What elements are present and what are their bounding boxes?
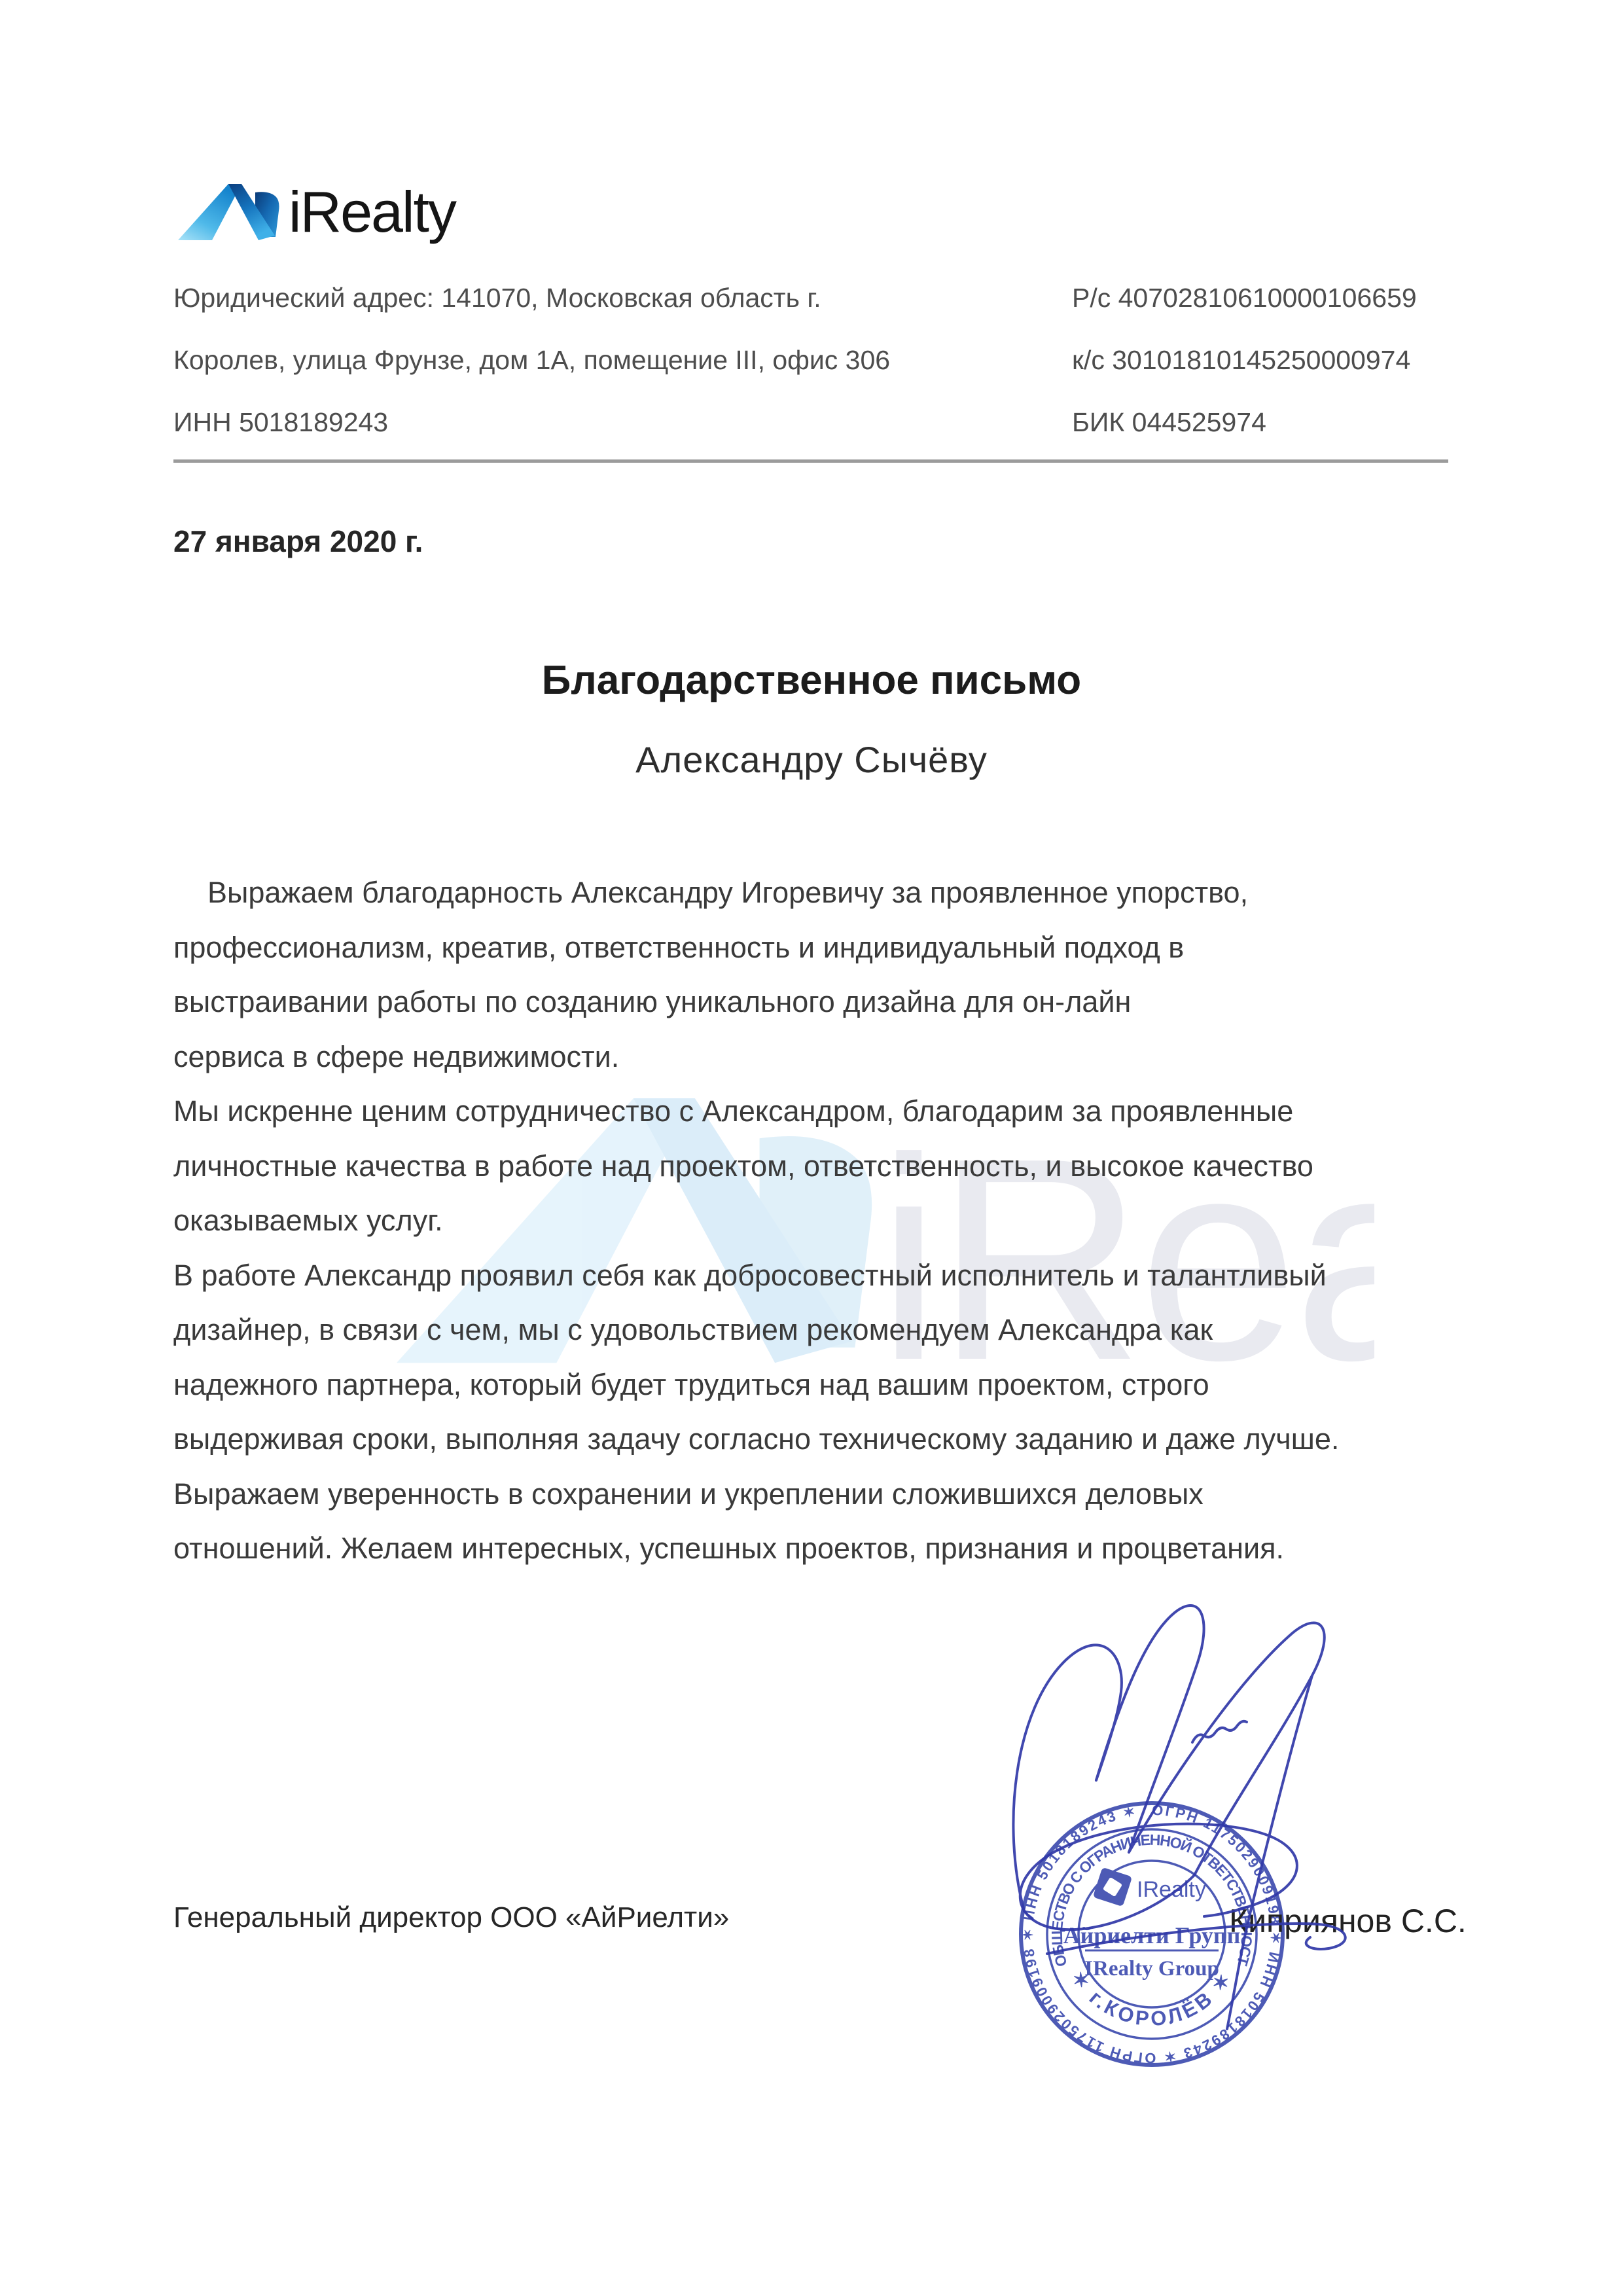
- svg-text:ОБЩЕСТВО С ОГРАНИЧЕННОЙ ОТВЕТС: ОБЩЕСТВО С ОГРАНИЧЕННОЙ ОТВЕТСТВЕННОСТЬЮ: [1018, 1800, 1255, 1969]
- stamp-name-ru: Айриелти Групп: [1063, 1922, 1241, 1948]
- irealty-mark-icon: [178, 182, 279, 245]
- letter-body: Выражаем благодарность Александру Игорев…: [173, 865, 1456, 1576]
- body-line: В работе Александр проявил себя как добр…: [173, 1248, 1456, 1303]
- body-line: выстраивании работы по созданию уникальн…: [173, 975, 1456, 1030]
- legal-address-block: Юридический адрес: 141070, Московская об…: [173, 267, 890, 454]
- body-line: дизайнер, в связи с чем, мы с удовольств…: [173, 1302, 1456, 1357]
- body-line: личностные качества в работе над проекто…: [173, 1139, 1456, 1194]
- body-line: сервиса в сфере недвижимости.: [173, 1030, 1456, 1085]
- address-line-inn: ИНН 5018189243: [173, 391, 890, 454]
- body-line: выдерживая сроки, выполняя задачу соглас…: [173, 1412, 1456, 1467]
- letter-subtitle: Александру Сычёву: [0, 732, 1623, 787]
- stamp-inner-brand: IRealty: [1137, 1877, 1206, 1902]
- address-line: Королев, улица Фрунзе, дом 1А, помещение…: [173, 329, 890, 391]
- bank-line-ks: к/с 30101810145250000974: [1072, 329, 1417, 391]
- body-line: Мы искренне ценим сотрудничество с Алекс…: [173, 1084, 1456, 1139]
- stamp-cube-icon: [1093, 1867, 1132, 1907]
- letter-page: iRealty Юридический адрес: 141070, Моско…: [0, 0, 1623, 2296]
- body-line: Выражаем благодарность Александру Игорев…: [173, 865, 1456, 920]
- header-divider: [173, 459, 1448, 463]
- bank-line-bik: БИК 044525974: [1072, 391, 1417, 454]
- svg-text:✶ г.КОРОЛЁВ ✶: ✶ г.КОРОЛЁВ ✶: [1066, 1966, 1237, 2030]
- stamp-ring-city: ✶ г.КОРОЛЁВ ✶: [1066, 1966, 1237, 2030]
- body-line: отношений. Желаем интересных, успешных п…: [173, 1521, 1456, 1576]
- company-name: iRealty: [289, 182, 455, 242]
- letter-date: 27 января 2020 г.: [173, 524, 423, 559]
- bank-line-rs: Р/с 40702810610000106659: [1072, 267, 1417, 329]
- body-line: надежного партнера, который будет трудит…: [173, 1357, 1456, 1412]
- director-title: Генеральный директор ООО «АйРиелти»: [173, 1901, 729, 1934]
- body-line: оказываемых услуг.: [173, 1193, 1456, 1248]
- director-name: Киприянов С.С.: [1229, 1902, 1467, 1940]
- body-line: профессионализм, креатив, ответственност…: [173, 920, 1456, 975]
- handwritten-signature: [962, 1571, 1394, 2068]
- bank-details-block: Р/с 40702810610000106659 к/с 30101810145…: [1072, 267, 1417, 454]
- stamp-ring-society: ОБЩЕСТВО С ОГРАНИЧЕННОЙ ОТВЕТСТВЕННОСТЬЮ: [1018, 1800, 1255, 1969]
- address-line: Юридический адрес: 141070, Московская об…: [173, 267, 890, 329]
- stamp-name-en: IRealty Group: [1084, 1957, 1219, 1981]
- company-logo: iRealty: [178, 182, 455, 245]
- body-line: Выражаем уверенность в сохранении и укре…: [173, 1467, 1456, 1522]
- letter-title: Благодарственное письмо: [0, 651, 1623, 710]
